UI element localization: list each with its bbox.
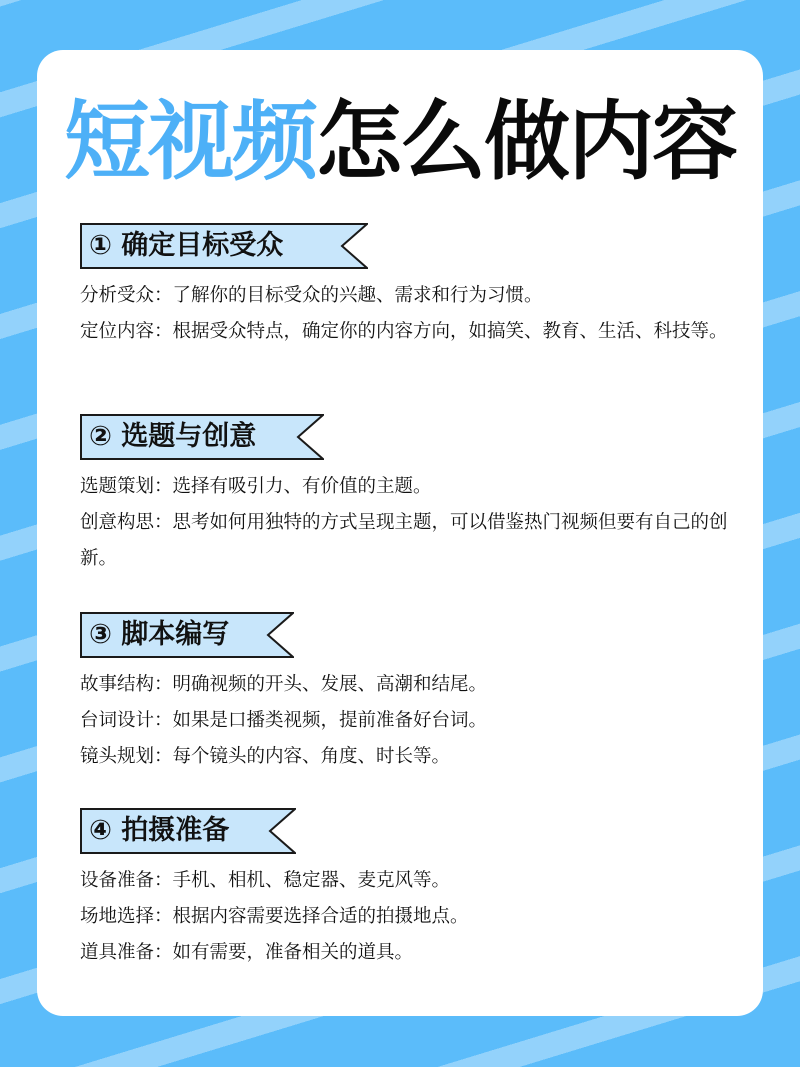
section-heading: ④ 拍摄准备 <box>80 808 296 854</box>
section-ribbon: ② 选题与创意 <box>80 414 324 460</box>
section-line: 定位内容：根据受众特点，确定你的内容方向，如搞笑、教育、生活、科技等。 <box>80 314 730 350</box>
section-line: 创意构思：思考如何用独特的方式呈现主题，可以借鉴热门视频但要有自己的创新。 <box>80 505 730 577</box>
section-line: 场地选择：根据内容需要选择合适的拍摄地点。 <box>80 899 730 935</box>
section-line: 故事结构：明确视频的开头、发展、高潮和结尾。 <box>80 667 730 703</box>
section-heading: ③ 脚本编写 <box>80 612 294 658</box>
title-rest: 怎么做内容 <box>316 92 736 192</box>
page-title: 短视频怎么做内容 <box>37 94 763 190</box>
section-shooting-prep: ④ 拍摄准备 设备准备：手机、相机、稳定器、麦克风等。 场地选择：根据内容需要选… <box>80 808 730 971</box>
section-topic-creativity: ② 选题与创意 选题策划：选择有吸引力、有价值的主题。 创意构思：思考如何用独特… <box>80 414 730 577</box>
section-target-audience: ① 确定目标受众 分析受众：了解你的目标受众的兴趣、需求和行为习惯。 定位内容：… <box>80 223 730 350</box>
section-ribbon: ① 确定目标受众 <box>80 223 368 269</box>
section-heading: ② 选题与创意 <box>80 414 324 460</box>
section-line: 分析受众：了解你的目标受众的兴趣、需求和行为习惯。 <box>80 278 730 314</box>
section-script-writing: ③ 脚本编写 故事结构：明确视频的开头、发展、高潮和结尾。 台词设计：如果是口播… <box>80 612 730 775</box>
section-ribbon: ④ 拍摄准备 <box>80 808 296 854</box>
section-heading: ① 确定目标受众 <box>80 223 368 269</box>
section-line: 台词设计：如果是口播类视频，提前准备好台词。 <box>80 703 730 739</box>
content-card: 短视频怎么做内容 ① 确定目标受众 分析受众：了解你的目标受众的兴趣、需求和行为… <box>37 50 763 1016</box>
section-line: 镜头规划：每个镜头的内容、角度、时长等。 <box>80 739 730 775</box>
section-ribbon: ③ 脚本编写 <box>80 612 294 658</box>
section-line: 选题策划：选择有吸引力、有价值的主题。 <box>80 469 730 505</box>
section-line: 设备准备：手机、相机、稳定器、麦克风等。 <box>80 863 730 899</box>
title-highlight: 短视频 <box>64 92 316 192</box>
section-line: 道具准备：如有需要，准备相关的道具。 <box>80 935 730 971</box>
